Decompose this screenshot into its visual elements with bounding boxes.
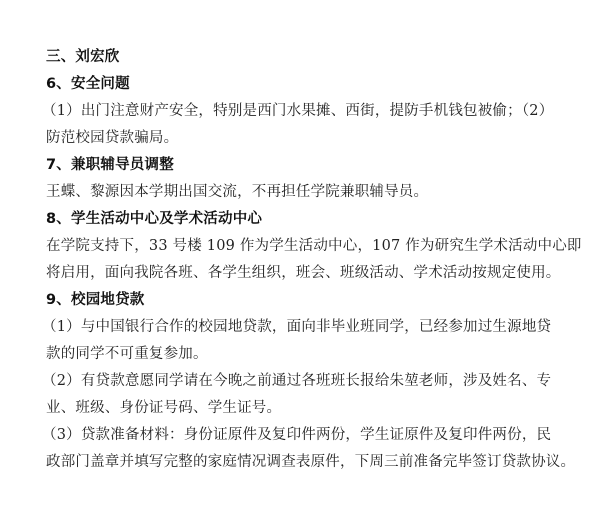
paragraph-line: 款的同学不可重复参加。 (46, 341, 556, 368)
item-heading-activity-center: 8、学生活动中心及学术活动中心 (46, 206, 556, 233)
paragraph-line: 王蝶、黎源因本学期出国交流，不再担任学院兼职辅导员。 (46, 179, 556, 206)
paragraph-line: （3）贷款准备材料：身份证原件及复印件两份，学生证原件及复印件两份，民 (42, 422, 556, 449)
paragraph-line: （2）有贷款意愿同学请在今晚之前通过各班班长报给朱堃老师，涉及姓名、专 (42, 368, 556, 395)
item-campus-loan: 9、校园地贷款 （1）与中国银行合作的校园地贷款，面向非毕业班同学，已经参加过生… (46, 287, 556, 476)
paragraph-line: 在学院支持下，33 号楼 109 作为学生活动中心，107 作为研究生学术活动中… (46, 233, 556, 260)
item-activity-center: 8、学生活动中心及学术活动中心 在学院支持下，33 号楼 109 作为学生活动中… (46, 206, 556, 287)
item-safety: 6、安全问题 （1）出门注意财产安全，特别是西门水果摊、西街，提防手机钱包被偷；… (46, 71, 556, 152)
paragraph-line: 业、班级、身份证号码、学生证号。 (46, 395, 556, 422)
paragraph-line: 将启用，面向我院各班、各学生组织，班会、班级活动、学术活动按规定使用。 (46, 260, 556, 287)
section-title: 三、刘宏欣 (46, 44, 556, 71)
item-heading-campus-loan: 9、校园地贷款 (46, 287, 556, 314)
paragraph-line: （1）与中国银行合作的校园地贷款，面向非毕业班同学，已经参加过生源地贷 (42, 314, 556, 341)
item-heading-safety: 6、安全问题 (46, 71, 556, 98)
document-body: 三、刘宏欣 6、安全问题 （1）出门注意财产安全，特别是西门水果摊、西街，提防手… (46, 44, 556, 476)
item-heading-counselor: 7、兼职辅导员调整 (46, 152, 556, 179)
item-counselor-adjustment: 7、兼职辅导员调整 王蝶、黎源因本学期出国交流，不再担任学院兼职辅导员。 (46, 152, 556, 206)
paragraph-line: 政部门盖章并填写完整的家庭情况调查表原件，下周三前准备完毕签订贷款协议。 (46, 449, 556, 476)
paragraph-line: 防范校园贷款骗局。 (46, 125, 556, 152)
paragraph-line: （1）出门注意财产安全，特别是西门水果摊、西街，提防手机钱包被偷；（2） (42, 98, 556, 125)
